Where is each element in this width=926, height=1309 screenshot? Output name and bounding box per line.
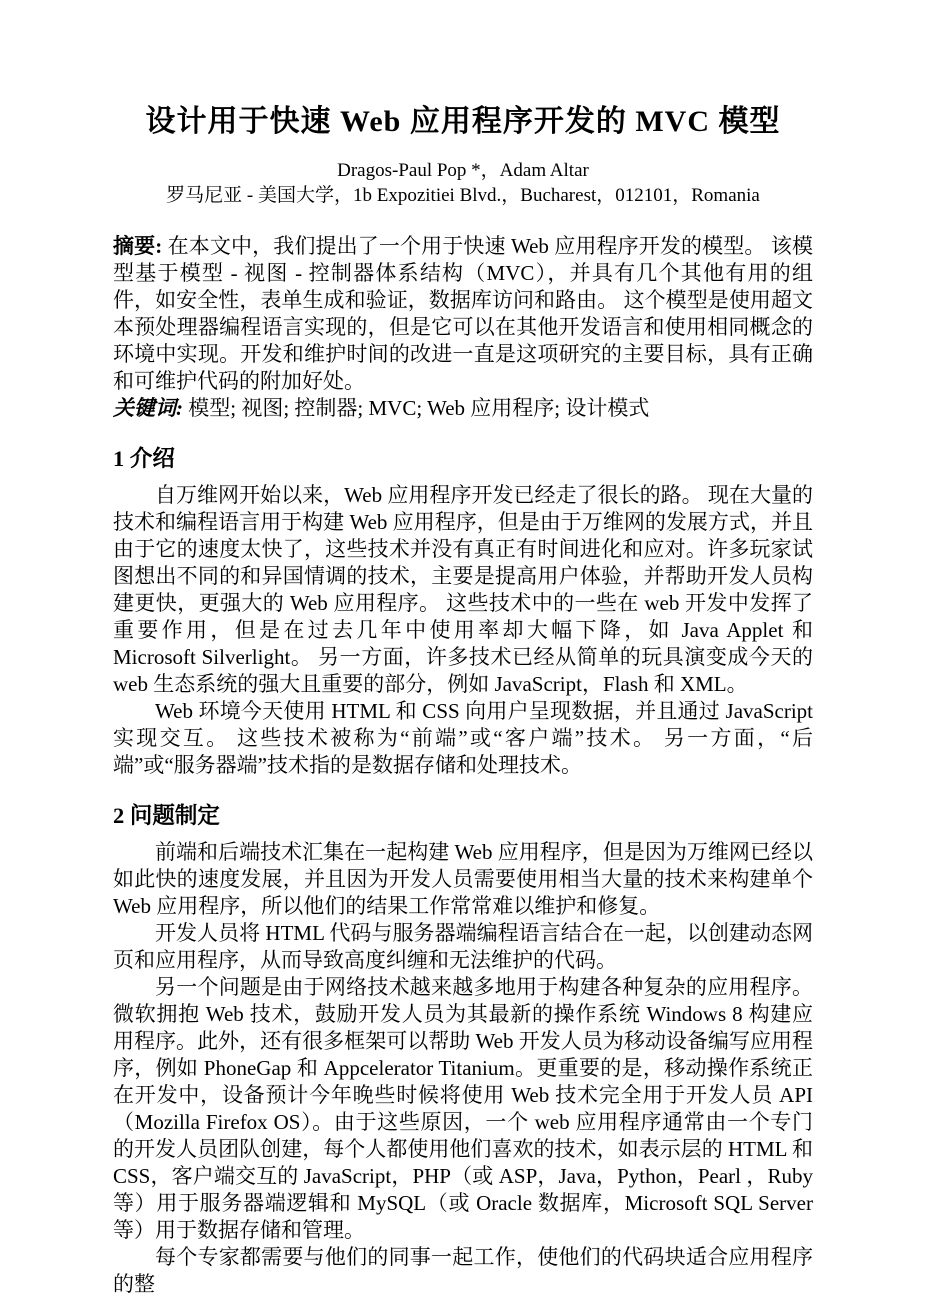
abstract-paragraph: 摘要: 在本文中，我们提出了一个用于快速 Web 应用程序开发的模型。 该模型基…: [113, 233, 813, 395]
document-page: 设计用于快速 Web 应用程序开发的 MVC 模型 Dragos-Paul Po…: [0, 0, 926, 1309]
abstract-label: 摘要:: [113, 234, 168, 258]
section-1-paragraph-2: Web 环境今天使用 HTML 和 CSS 向用户呈现数据，并且通过 JavaS…: [113, 698, 813, 779]
keywords-text: 模型; 视图; 控制器; MVC; Web 应用程序; 设计模式: [188, 396, 649, 420]
abstract-text: 在本文中，我们提出了一个用于快速 Web 应用程序开发的模型。 该模型基于模型 …: [113, 234, 813, 393]
keywords-line: 关键词: 模型; 视图; 控制器; MVC; Web 应用程序; 设计模式: [113, 395, 813, 422]
page-content: 设计用于快速 Web 应用程序开发的 MVC 模型 Dragos-Paul Po…: [113, 0, 813, 1298]
section-2-paragraph-4: 每个专家都需要与他们的同事一起工作，使他们的代码块适合应用程序的整: [113, 1244, 813, 1298]
section-2-paragraph-3: 另一个问题是由于网络技术越来越多地用于构建各种复杂的应用程序。微软拥抱 Web …: [113, 974, 813, 1244]
affiliation-line: 罗马尼亚 - 美国大学，1b Expozitiei Blvd.，Buchares…: [113, 183, 813, 209]
section-2-heading: 2 问题制定: [113, 801, 813, 831]
section-2-paragraph-1: 前端和后端技术汇集在一起构建 Web 应用程序，但是因为万维网已经以如此快的速度…: [113, 839, 813, 920]
section-2-paragraph-2: 开发人员将 HTML 代码与服务器端编程语言结合在一起，以创建动态网页和应用程序…: [113, 920, 813, 974]
authors-line: Dragos-Paul Pop *，Adam Altar: [113, 158, 813, 183]
section-1-heading: 1 介绍: [113, 444, 813, 474]
section-1-paragraph-1: 自万维网开始以来，Web 应用程序开发已经走了很长的路。 现在大量的技术和编程语…: [113, 482, 813, 698]
paper-title: 设计用于快速 Web 应用程序开发的 MVC 模型: [113, 0, 813, 144]
keywords-label: 关键词:: [113, 396, 188, 420]
